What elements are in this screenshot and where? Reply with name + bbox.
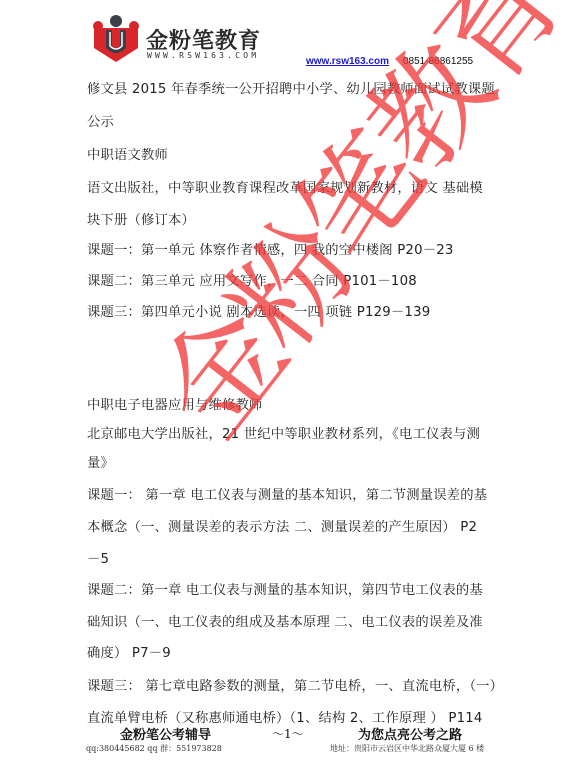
topic-item-continued: 础知识（一、电工仪表的组成及基本原理 二、电工仪表的误差及准	[87, 611, 483, 630]
logo-mark-icon	[90, 14, 142, 64]
textbook-line-2: 块下册（修订本）	[87, 209, 195, 228]
section-heading-electronics-teacher: 中职电子电器应用与维修教师	[87, 394, 262, 413]
page-header: 金粉笔教育 WWW.RSW163.COM www.rsw163.com 0851…	[0, 0, 579, 72]
topic-item-continued: 本概念（一、测量误差的表示方法 二、测量误差的产生原因） P2	[87, 516, 477, 535]
logo-url: WWW.RSW163.COM	[147, 51, 259, 60]
topic-item: 课题二：第一章 电工仪表与测量的基本知识，第四节电工仪表的基	[87, 579, 483, 598]
topic-item-continued: 确度） P7－9	[87, 642, 171, 661]
doc-title-line-1: 修文县 2015 年春季统一公开招聘中小学、幼儿园教师面试试教课题	[87, 78, 495, 97]
doc-title-line-2: 公示	[87, 111, 114, 130]
footer-qq-contact: qq:380445682 qq 群：551973828	[86, 743, 222, 754]
topic-item: 课题三： 第七章电路参数的测量，第二节电桥，一、直流电桥，（一）	[87, 675, 503, 694]
topic-item: 课题一：第一单元 体察作者情感，四 我的空中楼阁 P20－23	[87, 239, 454, 258]
section-heading-chinese-teacher: 中职语文教师	[87, 144, 168, 163]
page-number: ～1～	[272, 725, 304, 742]
footer-right-title: 为您点亮公考之路	[358, 724, 462, 743]
topic-item: 课题三：第四单元小说 剧本选读，一四 项链 P129－139	[87, 301, 430, 320]
footer-address: 地址：贵阳市云岩区中华北路众厦大厦 6 楼	[330, 743, 484, 754]
topic-item: 课题一： 第一章 电工仪表与测量的基本知识，第二节测量误差的基	[87, 484, 487, 503]
textbook-line-1: 北京邮电大学出版社，21 世纪中等职业教材系列，《电工仪表与测	[87, 423, 480, 442]
topic-item-continued: －5	[87, 548, 109, 567]
phone-number: 0851-86861255	[403, 56, 473, 67]
textbook-line-2: 量》	[87, 452, 114, 471]
brand-logo: 金粉笔教育 WWW.RSW163.COM	[90, 14, 290, 64]
footer-left-title: 金粉笔公考辅导	[120, 724, 211, 743]
topic-item: 课题二：第三单元 应用文写作，一二 合同 P101－108	[87, 270, 417, 289]
page-footer: 金粉笔公考辅导 ～1～ 为您点亮公考之路 qq:380445682 qq 群：5…	[0, 722, 579, 765]
website-link[interactable]: www.rsw163.com	[306, 56, 389, 67]
textbook-line-1: 语文出版社，中等职业教育课程改革国家规划新教材，语文 基础模	[87, 177, 483, 196]
